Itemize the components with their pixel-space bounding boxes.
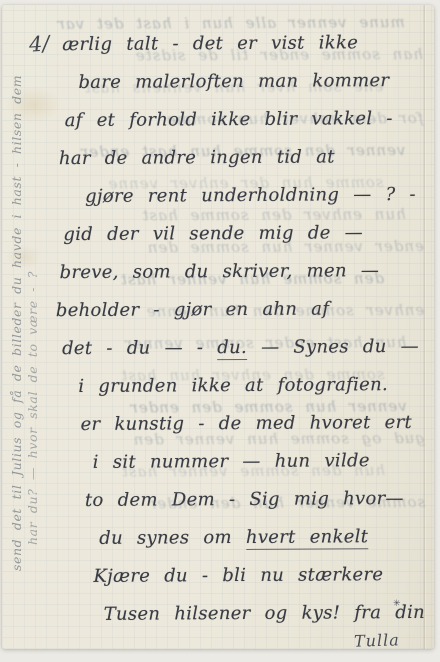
letter-line: af et forhold ikke blir vakkel - <box>65 108 427 132</box>
margin-note-vertical: send det til Julius og få de billeder du… <box>9 147 40 571</box>
margin-note-line: har du? — hvor skal de to være - ? <box>25 147 40 545</box>
letter-line: breve, som du skriver, men — <box>60 260 428 284</box>
letter-words: — Synes du — <box>247 336 419 358</box>
letter-words: gjøre rent underholdning — ? - <box>85 184 416 207</box>
margin-note-line: send det til Julius og få de billeder du… <box>9 147 24 571</box>
letter-words: ærlig talt - det er vist ikke <box>62 32 358 55</box>
letter-words: i grunden ikke at fotografien. <box>78 374 388 397</box>
letter-words: det - du — - <box>62 337 217 359</box>
letter-words: breve, som du skriver, men — <box>60 260 380 283</box>
letter-words: Tusen hilsener og kys! fra din <box>104 602 425 625</box>
letter-line: har de andre ingen tid at <box>59 146 427 170</box>
letter-line: er kunstig - de med hvoret ert <box>80 412 428 436</box>
letter-words: er kunstig - de med hvoret ert <box>80 412 412 435</box>
letter-line: gid der vil sende mig de — <box>63 222 427 246</box>
signature: Tulla <box>354 630 400 651</box>
letter-words: har de andre ingen tid at <box>59 146 335 169</box>
letter-line: gjøre rent underholdning — ? - <box>85 184 427 208</box>
letter-line: Kjære du - bli nu stærkere <box>93 564 429 588</box>
letter-words: af et forhold ikke blir vakkel - <box>65 108 393 131</box>
page-number: 4/ <box>28 31 50 56</box>
letter-line: to dem Dem - Sig mig hvor— <box>85 488 429 512</box>
letter-words: du synes om <box>99 527 246 549</box>
letter-paper-sheet: mune venner alle hun i hast det varhan s… <box>2 5 434 649</box>
letter-words: gid der vil sende mig de — <box>63 222 363 245</box>
letter-line: i sit nummer — hun vilde <box>93 450 429 474</box>
letter-words: Kjære du - bli nu stærkere <box>93 564 383 587</box>
letter-line: beholder - gjør en ahn af <box>56 298 428 322</box>
letter-body: ærlig talt - det er vist ikkebare malerl… <box>52 32 430 642</box>
underlined-words: du. <box>217 337 247 360</box>
letter-line: ærlig talt - det er vist ikke <box>62 32 426 56</box>
letter-line: du synes om hvert enkelt <box>99 526 429 550</box>
letter-line: i grunden ikke at fotografien. <box>78 374 428 398</box>
ink-blot-mark: ✳ <box>393 599 401 609</box>
letter-words: i sit nummer — hun vilde <box>93 450 370 473</box>
letter-words: to dem Dem - Sig mig hvor— <box>85 488 404 511</box>
letter-words: beholder - gjør en ahn af <box>56 298 330 321</box>
letter-line: bare malerloften man kommer <box>78 70 426 94</box>
letter-words: bare malerloften man kommer <box>78 70 389 93</box>
letter-line: det - du — - du. — Synes du — <box>62 336 428 360</box>
underlined-words: hvert enkelt <box>246 526 369 550</box>
letter-line: Tusen hilsener og kys! fra din <box>104 602 430 626</box>
